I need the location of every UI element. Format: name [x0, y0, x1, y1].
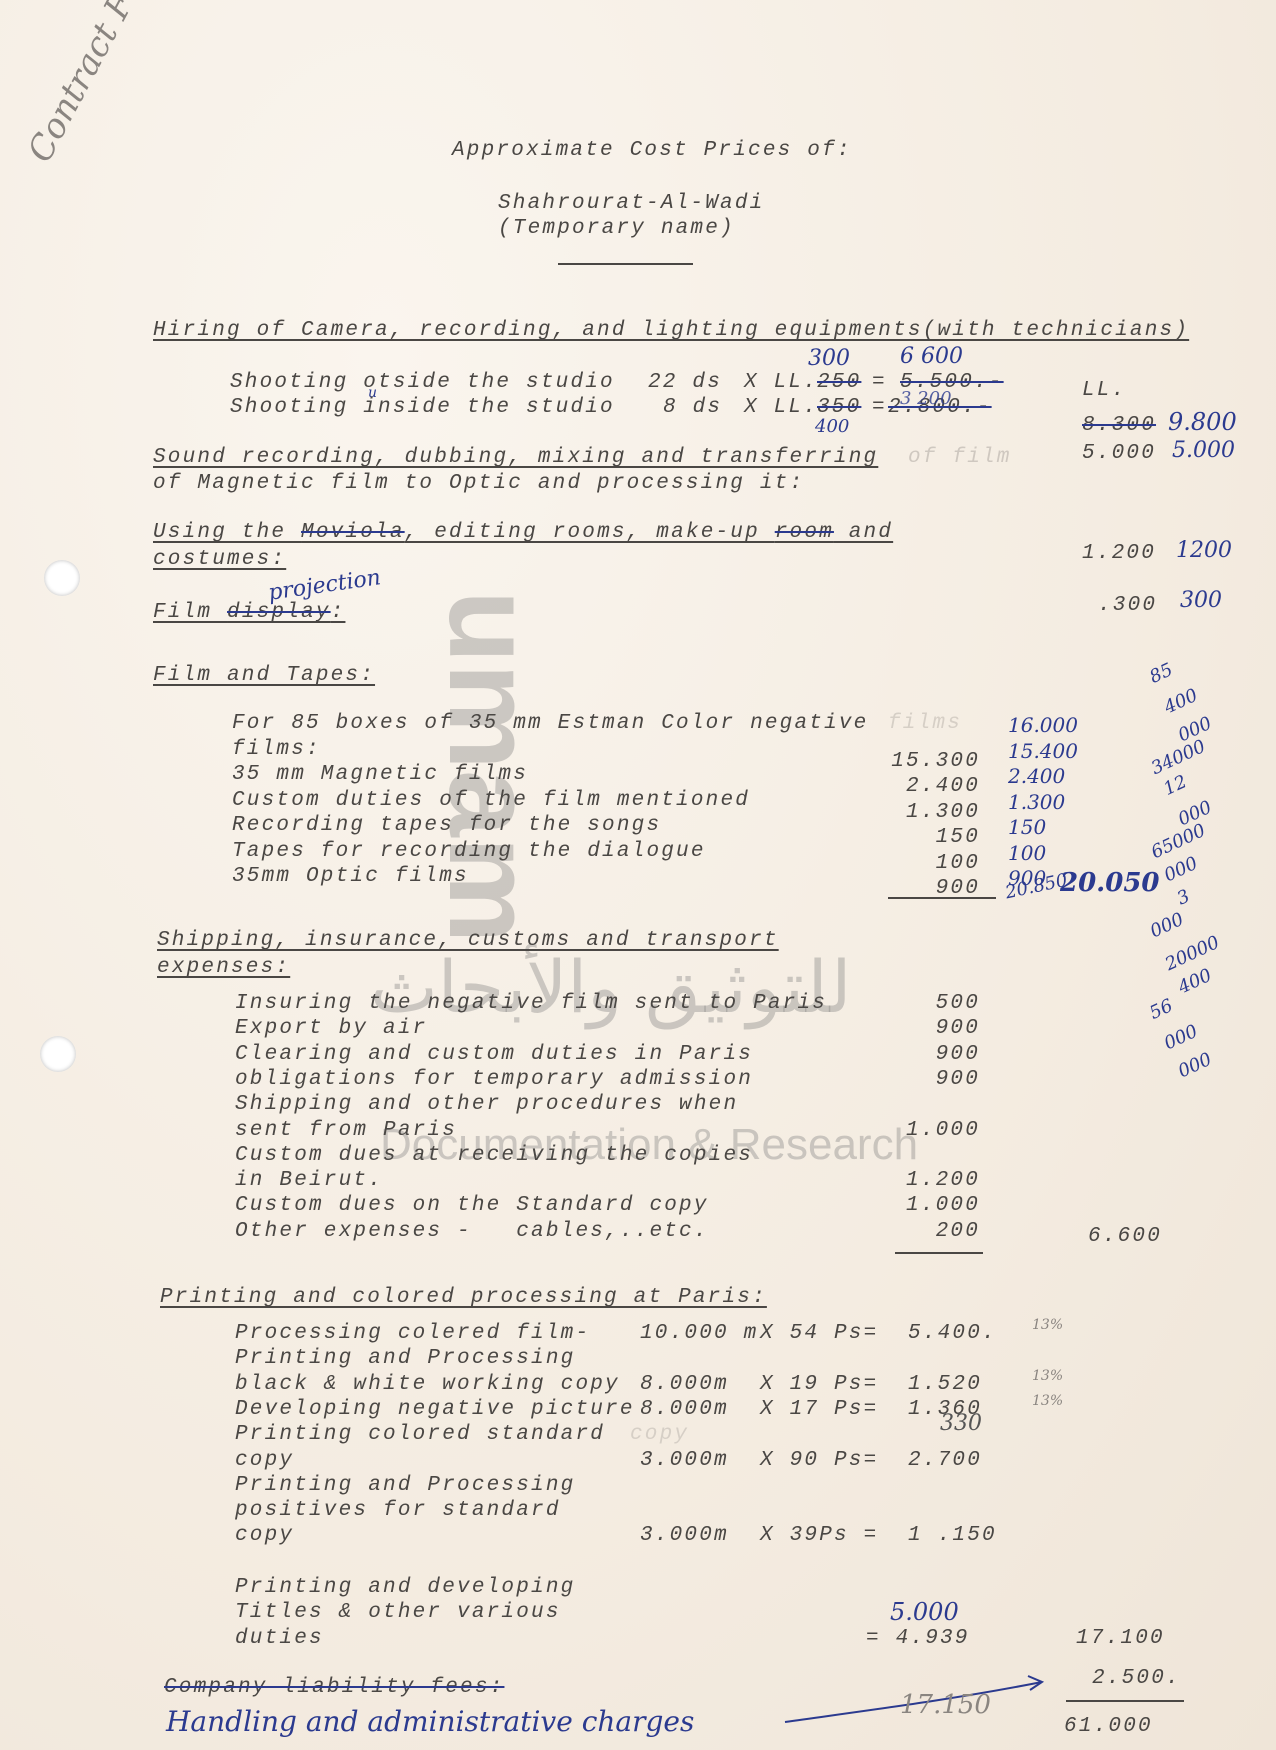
printing-row-label: copy: [235, 1450, 294, 1471]
grand-total-rule: [1066, 1700, 1184, 1702]
shipping-row-label: in Beirut.: [235, 1170, 383, 1191]
grand-total: 61.000: [1064, 1716, 1153, 1737]
hiring-rate-handwritten: 300: [808, 348, 850, 370]
shipping-row-value: 200: [880, 1221, 980, 1242]
margin-calc-number: 400: [1162, 687, 1201, 718]
film-row-label: 35mm Optic films: [232, 866, 469, 887]
margin-calc-number: 3: [1175, 887, 1193, 908]
shipping-subtotal-rule: [895, 1252, 983, 1254]
shipping-row-value: 900: [880, 1044, 980, 1065]
hiring-row-days: 8 ds: [663, 397, 722, 418]
film-row-handwritten: 16.000: [1008, 715, 1078, 735]
shipping-row-label: obligations for temporary admission: [235, 1069, 753, 1090]
faint-text: of film: [908, 447, 1012, 468]
printing-row-label: duties: [235, 1628, 324, 1649]
printing-row-label: positives for standard: [235, 1500, 561, 1521]
printing-row-qty: 3.000m: [640, 1525, 729, 1546]
printing-row-label: Processing colered film-: [235, 1323, 590, 1344]
printing-handwritten-total: 17.150: [900, 1690, 991, 1720]
shipping-row-value: 500: [880, 993, 980, 1014]
hiring-row-x: X LL.: [744, 397, 818, 418]
section-heading-display: Film display:: [153, 602, 345, 623]
hiring-rate-typed: 250: [817, 372, 861, 393]
punch-hole: [40, 1036, 76, 1072]
printing-total: 17.100: [1076, 1628, 1165, 1649]
doc-title: Approximate Cost Prices of:: [452, 140, 852, 161]
hiring-total-typed: 8.300: [1082, 415, 1156, 436]
hiring-total-handwritten: 9.800: [1168, 410, 1237, 434]
shipping-row-value: 1.000: [880, 1195, 980, 1216]
film-row-label: Recording tapes for the songs: [232, 815, 661, 836]
shipping-row-label: sent from Paris: [235, 1120, 457, 1141]
printing-row-note: 13%: [1032, 1393, 1063, 1409]
hiring-row-days: 22 ds: [648, 372, 722, 393]
shipping-row-label: Insuring the negative film sent to Paris: [235, 993, 827, 1014]
printing-row-rate: X 54 Ps=: [760, 1323, 878, 1344]
section-heading-sound-2: of Magnetic film to Optic and processing…: [153, 473, 804, 494]
printing-row-qty: 3.000m: [640, 1450, 729, 1471]
section-heading-moviola: Using the Moviola, editing rooms, make-u…: [153, 522, 893, 543]
printing-row-rate: X 17 Ps=: [760, 1399, 878, 1420]
film-row-label: For 85 boxes of 35 mm Estman Color negat…: [232, 713, 869, 734]
printing-row-label: Printing and Processing: [235, 1475, 575, 1496]
printing-row-rate: X 39Ps =: [760, 1525, 878, 1546]
shipping-row-value: 900: [880, 1069, 980, 1090]
dev-neg-handwritten-below: 330: [940, 1413, 982, 1435]
margin-calc-number: 20000: [1163, 934, 1223, 975]
margin-calc-number: 000: [1162, 855, 1201, 886]
film-row-handwritten: 150: [1008, 817, 1046, 837]
printing-row-label: copy: [235, 1525, 294, 1546]
section-heading-moviola-2: costumes:: [153, 549, 286, 570]
currency-label: LL.: [1082, 380, 1126, 401]
printing-row-label: Titles & other various: [235, 1602, 561, 1623]
hiring-row-x: X LL.: [744, 372, 818, 393]
film-name: Shahrourat-Al-Wadi: [498, 193, 764, 214]
moviola-total-handwritten: 1200: [1176, 540, 1232, 562]
printing-row-rate: X 19 Ps=: [760, 1374, 878, 1395]
faint-text: films: [888, 713, 962, 734]
fees-struck-label: Company liability fees:: [164, 1677, 504, 1698]
section-heading-film-tapes: Film and Tapes:: [153, 665, 375, 686]
film-row-handwritten: 15.400: [1008, 741, 1078, 761]
hiring-result-handwritten: 6 600: [900, 346, 963, 368]
watermark-arabic: للتوثيق والأبحاث: [370, 945, 851, 1029]
printing-row-value: 1 .150: [908, 1525, 997, 1546]
margin-calc-number: 400: [1176, 967, 1215, 998]
sound-total-handwritten: 5.000: [1172, 440, 1235, 462]
shipping-row-label: Custom dues on the Standard copy: [235, 1195, 709, 1216]
film-subtitle: (Temporary name): [498, 218, 735, 239]
section-heading-printing: Printing and colored processing at Paris…: [160, 1287, 767, 1308]
printing-row-note: 13%: [1032, 1317, 1063, 1333]
shipping-row-label: Export by air: [235, 1018, 427, 1039]
margin-calc-number: 000: [1162, 1023, 1201, 1054]
hiring-rate-typed: 350: [817, 397, 861, 418]
printing-row-value: 1.520: [908, 1374, 982, 1395]
film-row-value: 2.400: [880, 776, 980, 797]
equals: =: [872, 397, 887, 418]
faint-text: copy: [630, 1424, 689, 1445]
punch-hole: [44, 560, 80, 596]
printing-row-qty: 10.000 m: [640, 1323, 758, 1344]
title-rule: [558, 263, 693, 265]
film-row-value: 1.300: [880, 802, 980, 823]
printing-row-label: Printing and Processing: [235, 1348, 575, 1369]
printing-row-qty: 8.000m: [640, 1374, 729, 1395]
shipping-row-value: 1.200: [880, 1170, 980, 1191]
film-row-label: films:: [232, 739, 321, 760]
moviola-total-typed: 1.200: [1082, 543, 1156, 564]
margin-note: Contract File: [20, 0, 162, 169]
film-row-label: 35 mm Magnetic films: [232, 764, 528, 785]
section-heading-shipping: Shipping, insurance, customs and transpo…: [157, 930, 779, 951]
hiring-row-label: Shooting otside the studio: [230, 372, 615, 393]
film-row-value: 15.300: [880, 751, 980, 772]
printing-row-value: 2.700: [908, 1450, 982, 1471]
shipping-row-value: 1.000: [880, 1120, 980, 1141]
section-heading-sound: Sound recording, dubbing, mixing and tra…: [153, 447, 878, 468]
margin-calc-number: 85: [1147, 661, 1175, 687]
shipping-row-value: 900: [880, 1018, 980, 1039]
printing-row-label: Printing and developing: [235, 1577, 575, 1598]
margin-calc-number: 65000: [1149, 822, 1209, 863]
margin-calc-number: 000: [1176, 1051, 1215, 1082]
film-row-value: 900: [880, 878, 980, 899]
film-row-label: Custom duties of the film mentioned: [232, 790, 750, 811]
titles-handwritten: 5.000: [890, 1600, 959, 1624]
shipping-row-label: Other expenses - cables,..etc.: [235, 1221, 709, 1242]
film-row-handwritten: 100: [1008, 843, 1046, 863]
hiring-result-handwritten: 3 200: [900, 390, 952, 408]
fees-value: 2.500.: [1092, 1668, 1181, 1689]
hiring-rate-handwritten: 400: [815, 418, 849, 436]
printing-row-label: black & white working copy: [235, 1374, 620, 1395]
printing-row-label: Printing colored standard: [235, 1424, 605, 1445]
printing-row-qty: 8.000m: [640, 1399, 729, 1420]
printing-row-value: = 4.939: [866, 1628, 970, 1649]
film-total-handwritten: 20.050: [1060, 870, 1160, 896]
film-row-handwritten: 1.300: [1008, 792, 1065, 812]
margin-calc-number: 56: [1147, 997, 1175, 1023]
shipping-row-label: Custom dues at receiving the copies: [235, 1145, 753, 1166]
printing-row-rate: X 90 Ps=: [760, 1450, 878, 1471]
display-handwritten-replacement: projection: [267, 567, 382, 605]
film-row-value: 100: [880, 853, 980, 874]
film-row-handwritten: 2.400: [1008, 766, 1065, 786]
margin-calc-number: 000: [1148, 911, 1187, 942]
section-heading-hiring: Hiring of Camera, recording, and lightin…: [153, 320, 1189, 341]
printing-row-value: 5.400.: [908, 1323, 997, 1344]
shipping-row-label: Shipping and other procedures when: [235, 1094, 738, 1115]
sound-total-typed: 5.000: [1082, 443, 1156, 464]
printing-row-label: Developing negative picture: [235, 1399, 635, 1420]
shipping-total: 6.600: [1088, 1226, 1162, 1247]
film-subtotal-rule: [888, 897, 996, 899]
film-row-value: 150: [880, 827, 980, 848]
equals: =: [872, 372, 887, 393]
display-total-typed: .300: [1098, 595, 1157, 616]
margin-calc-number: 12: [1161, 773, 1189, 799]
printing-row-note: 13%: [1032, 1368, 1063, 1384]
fees-handwritten-label: Handling and administrative charges: [166, 1708, 694, 1736]
display-total-handwritten: 300: [1180, 590, 1222, 612]
film-row-label: Tapes for recording the dialogue: [232, 841, 706, 862]
hiring-row-label: Shooting inside the studio: [230, 397, 615, 418]
section-heading-shipping-2: expenses:: [157, 957, 290, 978]
shipping-row-label: Clearing and custom duties in Paris: [235, 1044, 753, 1065]
